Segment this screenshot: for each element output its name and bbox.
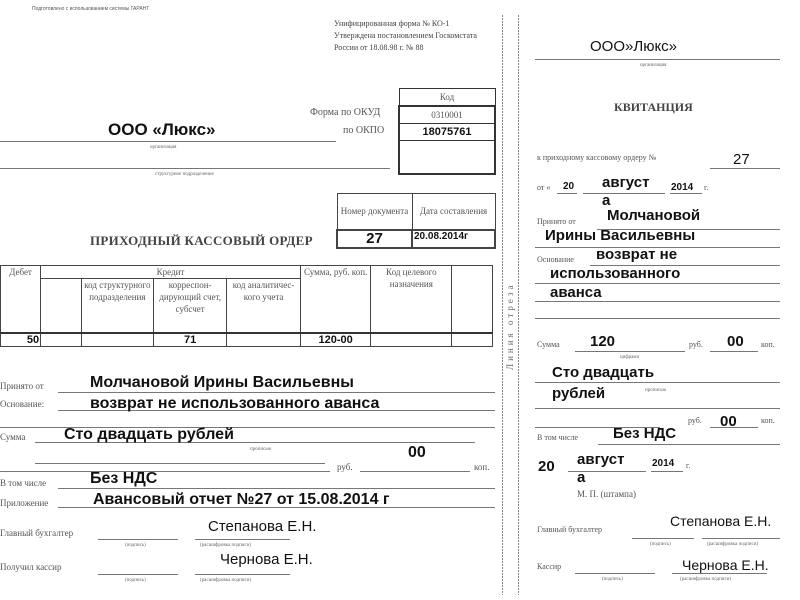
receipt-cashier-value: Чернова Е.Н.: [682, 556, 792, 574]
receipt-including-label: В том числе: [537, 433, 578, 442]
receipt-cashier-label: Кассир: [537, 562, 561, 571]
th-extra: [452, 266, 493, 333]
subdivision-caption: структурное подразделение: [155, 172, 214, 177]
okud-label: Форма по ОКУД: [310, 107, 380, 118]
receipt-chief-signature-caption: (подпись): [650, 542, 671, 547]
accounts-table: Дебет Кредит Сумма, руб. коп. Код целево…: [0, 265, 493, 347]
receipt-chief-label: Главный бухгалтер: [537, 525, 602, 534]
cell-extra: [452, 333, 493, 347]
receipt-org-caption: организация: [640, 63, 666, 68]
receipt-cashier-decode-caption: (расшифровка подписи): [680, 577, 731, 582]
organization-value: ООО «Люкс»: [108, 120, 216, 140]
kop-label: коп.: [474, 462, 489, 472]
th-debit: Дебет: [1, 266, 41, 333]
doc-number-value: 27: [337, 230, 412, 248]
receipt-stamp-month: августа: [577, 451, 627, 487]
cashier-label: Получил кассир: [0, 562, 62, 572]
receipt-order-number: 27: [733, 151, 750, 168]
okud-value: 0310001: [399, 106, 495, 124]
receipt-to-order-label: к приходному кассовому ордеру №: [537, 153, 656, 162]
receipt-rub-label: руб.: [689, 340, 703, 349]
receipt-digits-caption: цифрами: [620, 355, 639, 360]
in-words-caption: прописью: [250, 447, 271, 452]
receipt-chief-value: Степанова Е.Н.: [670, 513, 771, 529]
date-value: 20.08.2014г: [412, 230, 495, 248]
okpo-label: по ОКПО: [343, 125, 384, 136]
receipt-title: КВИТАНЦИЯ: [614, 100, 693, 115]
receipt-received-from: Молчановой Ирины Васильевны: [545, 206, 725, 246]
cell-purpose-code: [371, 333, 452, 347]
cut-line-left: [502, 15, 503, 595]
cell-sum: 120-00: [300, 333, 371, 347]
attachment-label: Приложение: [0, 498, 48, 508]
form-meta-line2: Утверждена постановлением Госкомстата: [334, 30, 477, 42]
receipt-sum-digits: 120: [590, 333, 615, 350]
including-value: Без НДС: [90, 470, 157, 488]
th-struct-code: код структурного подразделения: [81, 279, 153, 333]
cell-credit-blank: [41, 333, 82, 347]
receipt-rub-label-2: руб.: [688, 416, 702, 425]
receipt-cashier-signature-caption: (подпись): [602, 577, 623, 582]
receipt-stamp-year-suffix: г.: [686, 461, 690, 470]
receipt-month: августа: [602, 174, 652, 210]
received-from-value: Молчановой Ирины Васильевны: [90, 374, 354, 392]
cut-line-right: [518, 15, 519, 595]
th-sum: Сумма, руб. коп.: [300, 266, 371, 333]
form-meta-line1: Унифицированная форма № КО-1: [334, 18, 477, 30]
receipt-organization: ООО»Люкс»: [590, 38, 677, 55]
th-corr-account: корреспон-дирующий счет, субсчет: [154, 279, 227, 333]
cashier-value: Чернова Е.Н.: [220, 551, 313, 568]
receipt-stamp-caption: М. П. (штампа): [577, 489, 636, 499]
cell-analytic-code: [227, 333, 301, 347]
receipt-basis: возврат не использованного аванса: [550, 245, 735, 302]
doc-number-header: Номер документа: [337, 194, 412, 230]
receipt-including: Без НДС: [613, 425, 676, 442]
receipt-kop-value: 00: [727, 333, 744, 350]
cell-debit: 50: [1, 333, 41, 347]
receipt-stamp-day: 20: [538, 458, 555, 475]
form-meta-line3: России от 18.08.98 г. № 88: [334, 42, 477, 54]
organization-caption: организация: [150, 145, 176, 150]
cut-line-label: Линия отреза: [505, 282, 515, 370]
form-meta: Унифицированная форма № КО-1 Утверждена …: [334, 18, 477, 54]
receipt-in-words-caption: прописью: [645, 388, 666, 393]
receipt-year-suffix: г.: [704, 183, 708, 192]
receipt-day: 20: [563, 181, 574, 192]
receipt-year: 2014: [671, 182, 693, 193]
okpo-value: 18075761: [399, 124, 495, 141]
receipt-kop-label: коп.: [761, 340, 775, 349]
receipt-from-label: от «: [537, 183, 550, 192]
receipt-kop-value-2: 00: [720, 413, 737, 430]
chief-decode-caption: (расшифровка подписи): [200, 543, 251, 548]
basis-label: Основание:: [0, 399, 44, 409]
th-credit-blank: [41, 279, 82, 333]
garant-note: Подготовлено с использованием системы ГА…: [32, 6, 149, 12]
receipt-sum-label: Сумма: [537, 340, 560, 349]
cell-struct-code: [81, 333, 153, 347]
receipt-stamp-year: 2014: [652, 458, 674, 469]
cell-corr-account: 71: [154, 333, 227, 347]
cashier-decode-caption: (расшифровка подписи): [200, 578, 251, 583]
codes-table: Код 0310001 18075761: [398, 88, 496, 175]
order-title: ПРИХОДНЫЙ КАССОВЫЙ ОРДЕР: [90, 233, 313, 249]
chief-accountant-label: Главный бухгалтер: [0, 528, 73, 538]
kop-value: 00: [408, 444, 426, 462]
sum-words-value: Сто двадцать рублей: [64, 426, 234, 444]
attachment-value: Авансовый отчет №27 от 15.08.2014 г: [93, 489, 453, 511]
sum-label: Сумма: [0, 432, 25, 442]
cashier-signature-caption: (подпись): [125, 578, 146, 583]
received-from-label: Принято от: [0, 381, 44, 391]
th-purpose-code: Код целевого назначения: [371, 266, 452, 333]
doc-number-table: Номер документа Дата составления 27 20.0…: [336, 193, 496, 249]
date-header: Дата составления: [412, 194, 495, 230]
basis-value: возврат не использованного аванса: [90, 394, 420, 414]
chief-accountant-value: Степанова Е.Н.: [208, 518, 316, 535]
codes-header: Код: [399, 89, 495, 107]
receipt-sum-words: Сто двадцать рублей: [552, 362, 702, 404]
th-credit: Кредит: [41, 266, 301, 279]
codes-blank: [399, 141, 495, 175]
receipt-chief-decode-caption: (расшифровка подписи): [707, 542, 758, 547]
chief-signature-caption: (подпись): [125, 543, 146, 548]
table-row: 50 71 120-00: [1, 333, 493, 347]
rub-label: руб.: [337, 462, 353, 472]
th-analytic-code: код аналитичес-кого учета: [227, 279, 301, 333]
including-label: В том числе: [0, 478, 46, 488]
receipt-kop-label-2: коп.: [761, 416, 775, 425]
